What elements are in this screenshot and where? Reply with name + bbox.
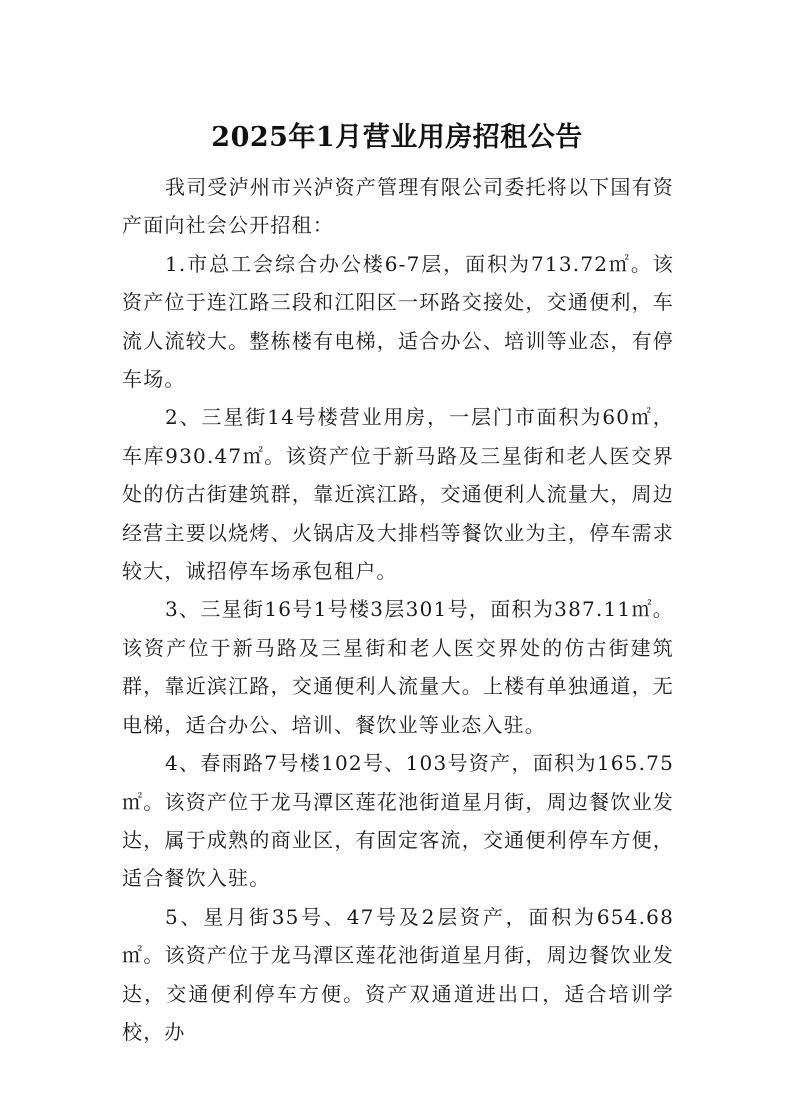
document-page: 2025年1月营业用房招租公告 我司受泸州市兴泸资产管理有限公司委托将以下国有资…: [0, 0, 794, 1108]
intro-paragraph: 我司受泸州市兴泸资产管理有限公司委托将以下国有资产面向社会公开招租：: [122, 168, 674, 245]
listing-item-2: 2、三星街14号楼营业用房，一层门市面积为60㎡，车库930.47㎡。该资产位于…: [122, 398, 674, 590]
document-title: 2025年1月营业用房招租公告: [0, 118, 794, 158]
listing-item-4: 4、春雨路7号楼102号、103号资产，面积为165.75㎡。该资产位于龙马潭区…: [122, 744, 674, 898]
listing-item-1: 1.市总工会综合办公楼6-7层，面积为713.72㎡。该资产位于连江路三段和江阳…: [122, 245, 674, 399]
listing-item-3: 3、三星街16号1号楼3层301号，面积为387.11㎡。该资产位于新马路及三星…: [122, 590, 674, 744]
document-body: 我司受泸州市兴泸资产管理有限公司委托将以下国有资产面向社会公开招租： 1.市总工…: [122, 168, 674, 1051]
listing-item-5: 5、星月街35号、47号及2层资产，面积为654.68㎡。该资产位于龙马潭区莲花…: [122, 898, 674, 1052]
